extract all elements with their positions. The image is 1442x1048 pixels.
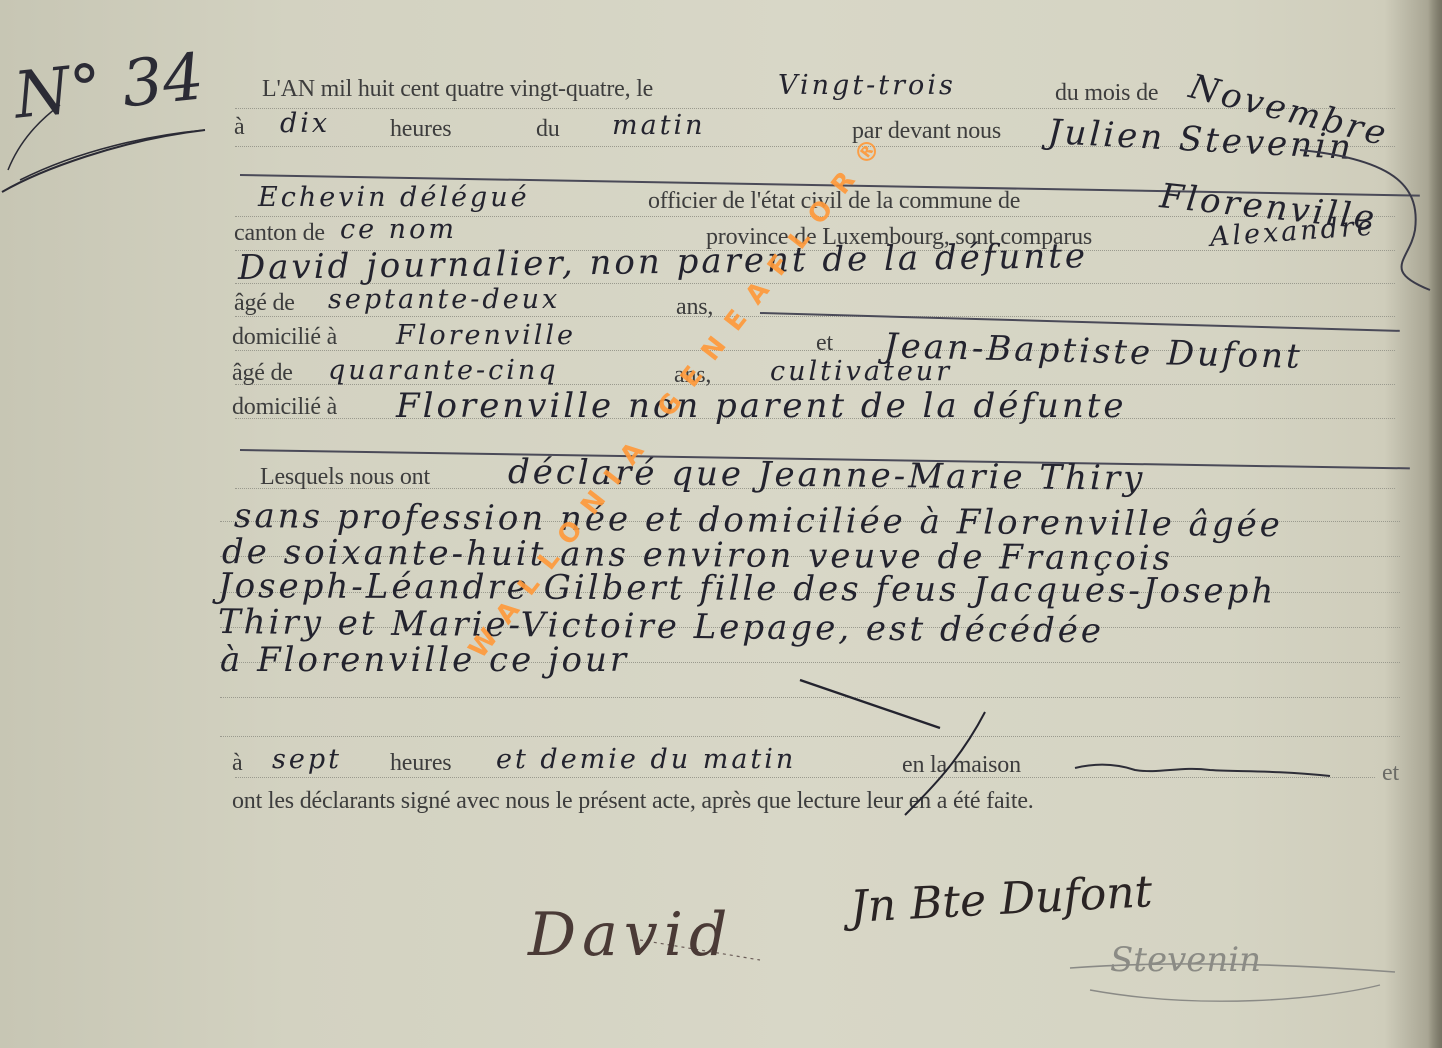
printed-text: à	[234, 114, 244, 141]
handwritten-period: matin	[612, 110, 706, 141]
handwritten-officer-title: Echevin délégué	[258, 182, 530, 213]
handwritten-death-hour: sept	[272, 744, 342, 775]
signature-declarant1: David	[528, 900, 733, 970]
civil-record-page: N° 34 L'AN mil huit cent quatre vingt-qu…	[0, 0, 1442, 1048]
separator-line	[760, 312, 1400, 332]
printed-text: ans,	[676, 294, 713, 321]
printed-text: du mois de	[1055, 80, 1158, 107]
printed-text: et	[816, 330, 833, 357]
ruled-line	[235, 316, 1395, 317]
handwritten-age1: septante-deux	[328, 284, 560, 315]
ruled-line	[235, 777, 1375, 778]
printed-text: domicilié à	[232, 394, 337, 421]
handwritten-deceased-line: à Florenville ce jour	[220, 640, 629, 680]
handwritten-canton: ce nom	[340, 214, 457, 245]
handwritten-profession2: cultivateur	[770, 356, 952, 387]
handwritten-domicile2: Florenville non parent de la défunte	[396, 386, 1127, 426]
signature-declarant2: Jn Bte Dufont	[849, 866, 1154, 933]
printed-text: heures	[390, 116, 451, 143]
margin-flourish	[0, 100, 210, 210]
closing-statement: ont les déclarants signé avec nous le pr…	[232, 788, 1034, 815]
handwritten-day: Vingt-trois	[778, 70, 956, 101]
printed-text: et	[1382, 760, 1399, 787]
printed-text: Lesquels nous ont	[260, 464, 430, 491]
handwritten-death-time: et demie du matin	[496, 744, 796, 775]
printed-text: en la maison	[902, 752, 1021, 779]
printed-text: domicilié à	[232, 324, 337, 351]
signature-officer: Stevenin	[1110, 940, 1261, 980]
printed-text: âgé de	[232, 360, 293, 387]
handwritten-hour: dix	[280, 108, 330, 139]
ruled-line	[220, 736, 1400, 737]
printed-text: du	[536, 116, 560, 143]
printed-text: L'AN mil huit cent quatre vingt-quatre, …	[262, 76, 653, 103]
printed-text: à	[232, 750, 242, 777]
ruled-line	[220, 697, 1400, 698]
printed-text: âgé de	[234, 290, 295, 317]
printed-text: canton de	[234, 220, 325, 247]
page-edge-shadow	[1428, 0, 1442, 1048]
handwritten-age2: quarante-cinq	[328, 355, 559, 386]
printed-text: heures	[390, 750, 451, 777]
handwritten-domicile1: Florenville	[396, 320, 576, 351]
